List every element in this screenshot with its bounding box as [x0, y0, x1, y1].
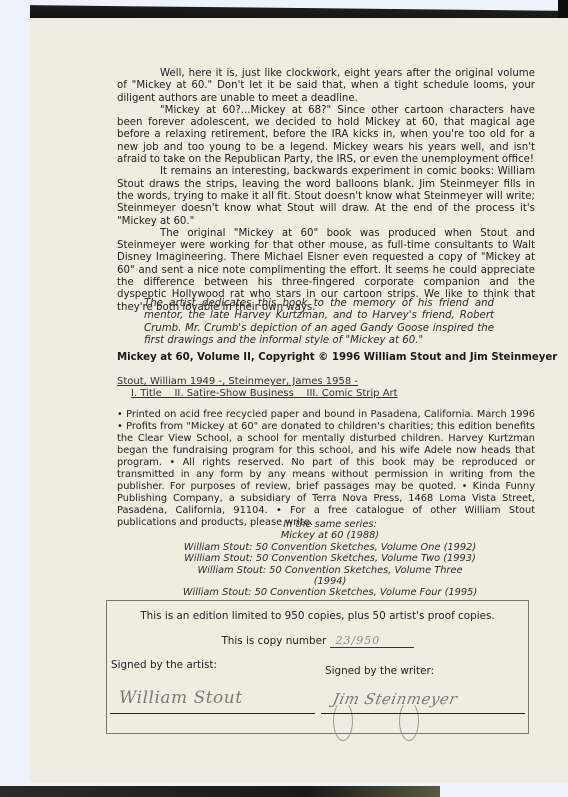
signature-flourish: [333, 701, 353, 741]
same-series-list: In the same series: Mickey at 60 (1988) …: [180, 519, 480, 599]
cataloging-authors: Stout, William 1949 -, Steinmeyer, James…: [117, 376, 398, 388]
artist-signature-label: Signed by the artist:: [111, 659, 217, 671]
series-title: William Stout: 50 Convention Sketches, V…: [180, 587, 480, 598]
limited-edition-box: This is an edition limited to 950 copies…: [106, 600, 529, 734]
cataloging-data: Stout, William 1949 -, Steinmeyer, James…: [117, 376, 398, 400]
series-heading: In the same series:: [180, 519, 480, 530]
copy-number-row: This is copy number 23/950: [107, 634, 528, 648]
series-title: William Stout: 50 Convention Sketches, V…: [180, 565, 480, 588]
writer-signature: Jim Steinmeyer: [331, 690, 459, 708]
copyright-line: Mickey at 60, Volume II, Copyright © 199…: [117, 352, 557, 363]
signature-flourish: [399, 701, 419, 741]
copy-number-value: 23/950: [330, 634, 414, 648]
series-title: Mickey at 60 (1988): [180, 530, 480, 541]
artist-signature: William Stout: [119, 688, 243, 708]
writer-signature-line: [321, 713, 525, 714]
writer-signature-label: Signed by the writer:: [325, 665, 434, 677]
series-title: William Stout: 50 Convention Sketches, V…: [180, 542, 480, 553]
dedication: The artist dedicates this book to the me…: [144, 298, 494, 347]
edition-statement: This is an edition limited to 950 copies…: [107, 610, 528, 622]
series-title: William Stout: 50 Convention Sketches, V…: [180, 553, 480, 564]
copy-number-label: This is copy number: [221, 635, 326, 647]
introduction: Well, here it is, just like clockwork, e…: [117, 68, 535, 314]
publication-notice: • Printed on acid free recycled paper an…: [117, 409, 535, 529]
page-bottom-edge-shadow: [0, 786, 440, 797]
intro-paragraph: Well, here it is, just like clockwork, e…: [117, 68, 535, 105]
cataloging-subjects: I. Title II. Satire-Show Business III. C…: [117, 388, 398, 400]
artist-signature-line: [110, 713, 315, 714]
intro-paragraph: "Mickey at 60?...Mickey at 68?" Since ot…: [117, 105, 535, 166]
intro-paragraph: It remains an interesting, backwards exp…: [117, 166, 535, 227]
